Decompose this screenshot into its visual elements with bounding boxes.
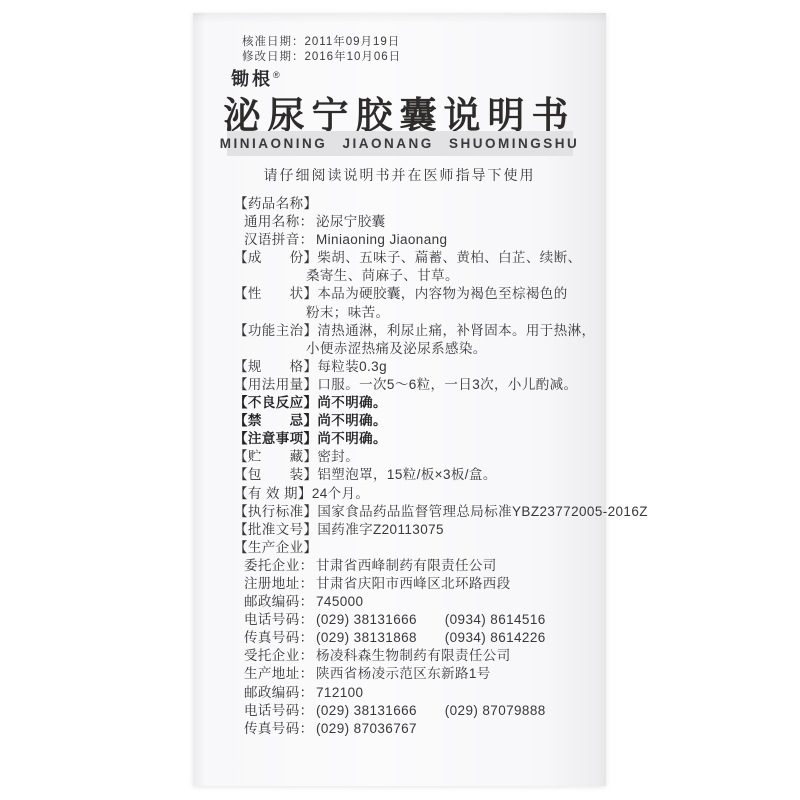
line-text: 尚不明确。 xyxy=(317,395,387,410)
insert-line: 邮政编码：745000 xyxy=(244,593,586,611)
line-text: 712100 xyxy=(316,685,363,700)
line-label: 邮政编码： xyxy=(244,593,316,611)
line-label: 电话号码： xyxy=(244,611,316,629)
line-label: 委托企业： xyxy=(244,557,316,575)
package-insert-sheet: 核准日期：2011年09月19日 修改日期：2016年10月06日 锄根® 泌尿… xyxy=(193,13,606,786)
line-text: 铝塑泡罩，15粒/板×3板/盒。 xyxy=(317,467,496,482)
insert-line: 【功能主治】清热通淋，利尿止痛，补肾固本。用于热淋， xyxy=(234,322,586,340)
line-text: (029) 38131666 (029) 87079888 xyxy=(316,703,546,718)
insert-line: 传真号码：(029) 38131868 (0934) 8614226 xyxy=(244,629,586,647)
line-text: 甘肃省西峰制药有限责任公司 xyxy=(316,558,497,573)
insert-line: 【禁 忌】尚不明确。 xyxy=(234,412,586,430)
insert-line: 邮政编码：712100 xyxy=(244,684,586,702)
line-label: 【注意事项】 xyxy=(234,431,317,446)
line-label: 【性 状】 xyxy=(234,286,317,301)
line-label: 【有 效 期】 xyxy=(234,486,312,501)
line-label: 通用名称： xyxy=(244,213,316,231)
approval-date-value: 2011年09月19日 xyxy=(305,36,401,48)
insert-line: 【有 效 期】24个月。 xyxy=(234,485,586,503)
pinyin-banner: MINIAONING JIAONANG SHUOMINGSHU xyxy=(227,131,573,156)
line-label: 【规 格】 xyxy=(234,359,317,374)
revision-date-value: 2016年10月06日 xyxy=(305,51,402,63)
line-label: 【用法用量】 xyxy=(234,377,317,392)
revision-date-line: 修改日期：2016年10月06日 xyxy=(242,50,401,65)
line-text: 密封。 xyxy=(317,449,359,464)
line-text: 国家食品药品监督管理总局标准YBZ23772005-2016Z xyxy=(317,504,648,519)
insert-line: 【药品名称】 xyxy=(234,195,586,213)
insert-line: 【成 份】柴胡、五味子、萹蓄、黄柏、白芷、续断、 xyxy=(234,249,586,267)
line-text: 杨凌科森生物制药有限责任公司 xyxy=(316,648,511,663)
insert-line: 【包 装】铝塑泡罩，15粒/板×3板/盒。 xyxy=(234,466,586,484)
line-text: 甘肃省庆阳市西峰区北环路西段 xyxy=(316,576,511,591)
photo-background: 核准日期：2011年09月19日 修改日期：2016年10月06日 锄根® 泌尿… xyxy=(0,0,800,800)
line-label: 受托企业： xyxy=(244,647,316,665)
insert-line: 委托企业：甘肃省西峰制药有限责任公司 xyxy=(244,557,586,575)
line-label: 邮政编码： xyxy=(244,684,316,702)
line-label: 传真号码： xyxy=(244,720,316,738)
insert-line: 【执行标准】国家食品药品监督管理总局标准YBZ23772005-2016Z xyxy=(234,503,586,521)
line-text: 本品为硬胶囊，内容物为褐色至棕褐色的 xyxy=(317,286,567,301)
line-label: 【生产企业】 xyxy=(234,540,317,555)
line-label: 【药品名称】 xyxy=(234,196,317,211)
approval-date-label: 核准日期： xyxy=(242,36,305,48)
insert-line: 注册地址：甘肃省庆阳市西峰区北环路西段 xyxy=(244,575,586,593)
insert-line: 【注意事项】尚不明确。 xyxy=(234,430,586,448)
insert-line: 传真号码：(029) 87036767 xyxy=(244,720,586,738)
line-text: 粉末；味苦。 xyxy=(306,305,389,320)
insert-line: 【用法用量】口服。一次5～6粒，一日3次，小儿酌减。 xyxy=(234,376,586,394)
line-text: 清热通淋，利尿止痛，补肾固本。用于热淋， xyxy=(317,323,595,338)
insert-line: 【规 格】每粒装0.3g xyxy=(234,358,586,376)
insert-line: 生产地址：陕西省杨凌示范区东新路1号 xyxy=(244,665,586,683)
insert-line: 通用名称：泌尿宁胶囊 xyxy=(244,213,586,231)
line-text: 尚不明确。 xyxy=(317,431,387,446)
revision-date-label: 修改日期： xyxy=(242,51,305,63)
line-text: 国药准字Z20113075 xyxy=(317,522,444,537)
line-text: Miniaoning Jiaonang xyxy=(316,232,447,247)
line-text: 24个月。 xyxy=(312,486,370,501)
insert-line: 【性 状】本品为硬胶囊，内容物为褐色至棕褐色的 xyxy=(234,285,586,303)
insert-line: 电话号码：(029) 38131666 (0934) 8614516 xyxy=(244,611,586,629)
line-text: (029) 87036767 xyxy=(316,721,417,736)
approval-dates-block: 核准日期：2011年09月19日 修改日期：2016年10月06日 xyxy=(242,35,401,64)
line-label: 【不良反应】 xyxy=(234,395,317,410)
line-label: 【包 装】 xyxy=(234,467,317,482)
line-text: 柴胡、五味子、萹蓄、黄柏、白芷、续断、 xyxy=(317,250,581,265)
insert-line: 粉末；味苦。 xyxy=(306,304,586,322)
line-label: 【成 份】 xyxy=(234,250,317,265)
line-text: 小便赤涩热痛及泌尿系感染。 xyxy=(306,341,487,356)
line-text: 745000 xyxy=(316,594,363,609)
line-label: 【贮 藏】 xyxy=(234,449,317,464)
insert-line: 电话号码：(029) 38131666 (029) 87079888 xyxy=(244,702,586,720)
line-text: (029) 38131666 (0934) 8614516 xyxy=(316,612,546,627)
line-text: 口服。一次5～6粒，一日3次，小儿酌减。 xyxy=(317,377,577,392)
insert-line: 【不良反应】尚不明确。 xyxy=(234,394,586,412)
line-label: 汉语拼音： xyxy=(244,231,316,249)
line-text: 每粒装0.3g xyxy=(317,359,387,374)
line-label: 生产地址： xyxy=(244,665,316,683)
insert-line: 【生产企业】 xyxy=(234,539,586,557)
line-label: 【禁 忌】 xyxy=(234,413,317,428)
line-label: 传真号码： xyxy=(244,629,316,647)
line-label: 【功能主治】 xyxy=(234,323,317,338)
insert-line: 【贮 藏】密封。 xyxy=(234,448,586,466)
line-label: 电话号码： xyxy=(244,702,316,720)
insert-line: 受托企业：杨凌科森生物制药有限责任公司 xyxy=(244,647,586,665)
registered-trademark-mark: ® xyxy=(273,70,280,80)
line-text: (029) 38131868 (0934) 8614226 xyxy=(316,630,546,645)
insert-line: 小便赤涩热痛及泌尿系感染。 xyxy=(306,340,586,358)
line-text: 尚不明确。 xyxy=(317,413,387,428)
line-text: 陕西省杨凌示范区东新路1号 xyxy=(316,666,491,681)
line-label: 注册地址： xyxy=(244,575,316,593)
insert-body: 【药品名称】通用名称：泌尿宁胶囊汉语拼音：Miniaoning Jiaonang… xyxy=(234,195,586,738)
read-instructions-notice: 请仔细阅读说明书并在医师指导下使用 xyxy=(193,165,606,185)
insert-line: 桑寄生、苘麻子、甘草。 xyxy=(306,267,586,285)
line-label: 【批准文号】 xyxy=(234,522,317,537)
line-text: 泌尿宁胶囊 xyxy=(316,214,386,229)
insert-line: 【批准文号】国药准字Z20113075 xyxy=(234,521,586,539)
line-label: 【执行标准】 xyxy=(234,504,317,519)
insert-line: 汉语拼音：Miniaoning Jiaonang xyxy=(244,231,586,249)
line-text: 桑寄生、苘麻子、甘草。 xyxy=(306,268,459,283)
approval-date-line: 核准日期：2011年09月19日 xyxy=(242,35,401,50)
